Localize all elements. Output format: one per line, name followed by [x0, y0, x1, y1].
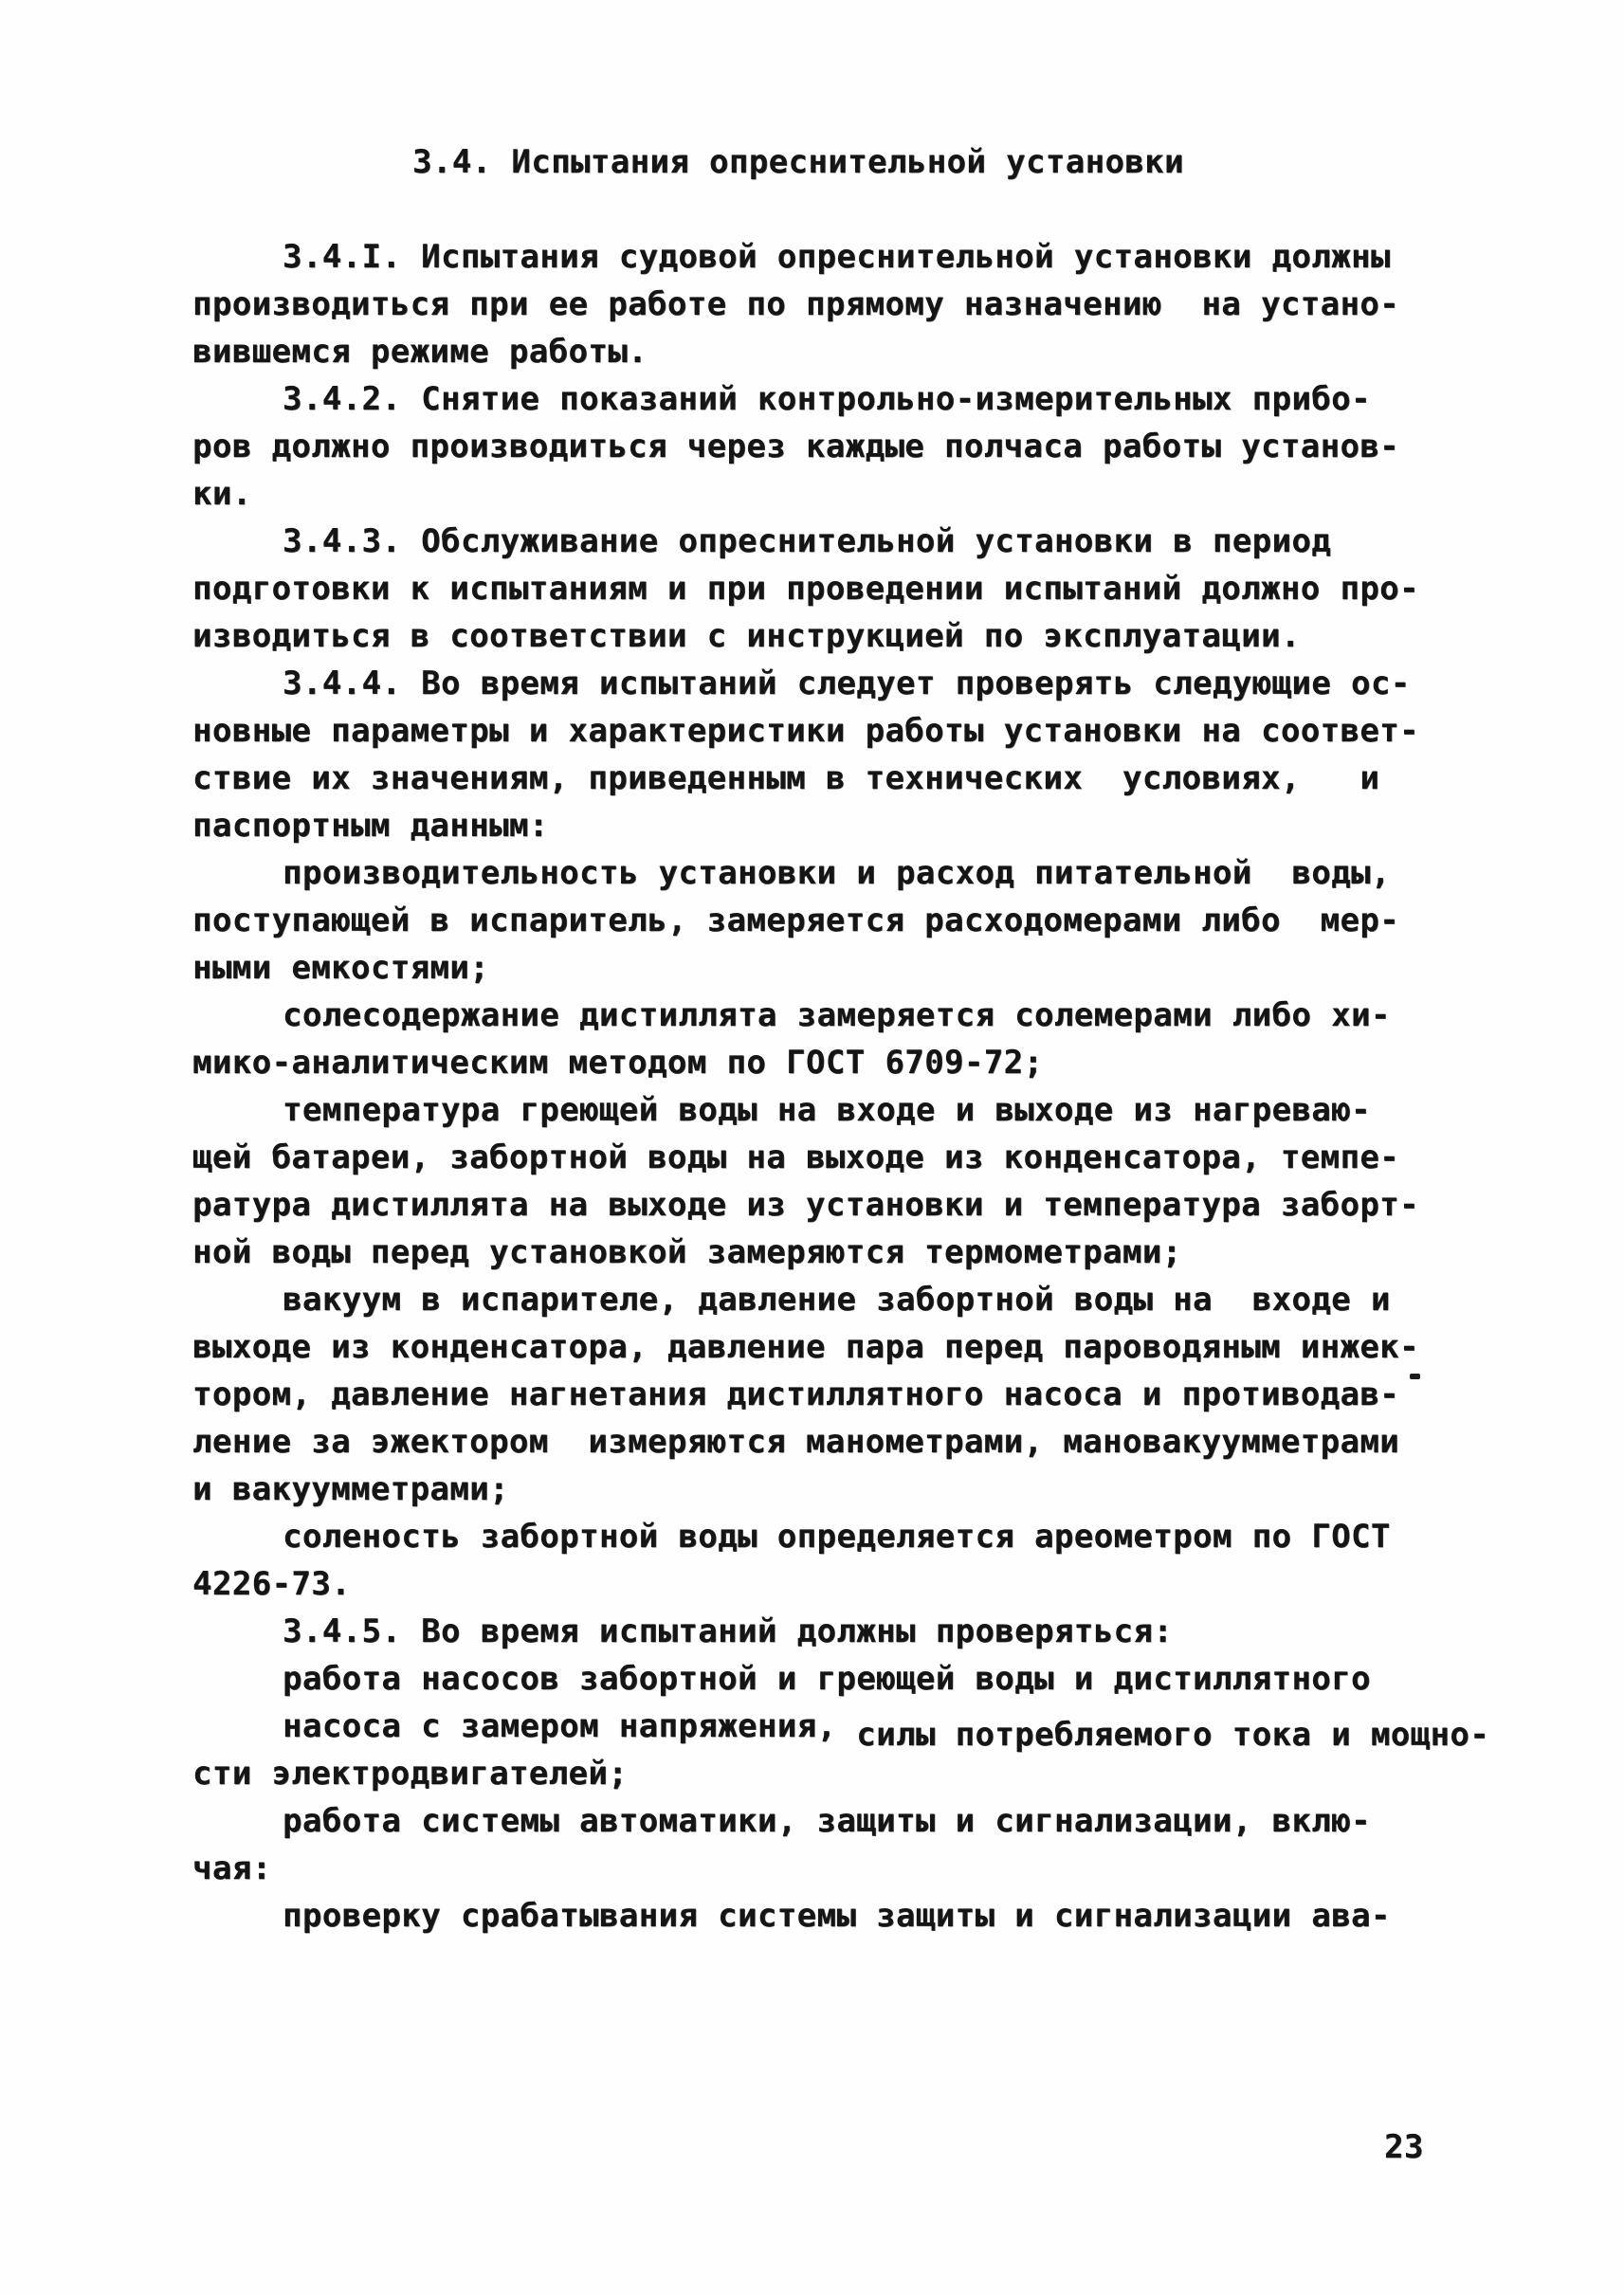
scanned-document-page: 3.4. Испытания опреснительной установки …: [0, 0, 1624, 2295]
section-title: 3.4. Испытания опреснительной установки: [412, 138, 1184, 186]
document-line: тором, давление нагнетания дистиллятного…: [192, 1371, 1520, 1418]
document-line: 3.4.4. Во время испытаний следует провер…: [192, 660, 1520, 707]
document-line: солесодержание дистиллята замеряется сол…: [192, 992, 1520, 1039]
document-line: ными емкостями;: [192, 944, 1520, 992]
document-line: 3.4.I. Испытания судовой опреснительной …: [192, 233, 1520, 281]
document-line: подготовки к испытаниям и при проведении…: [192, 565, 1520, 612]
document-line: щей батареи, забортной воды на выходе из…: [192, 1134, 1520, 1181]
document-line: ствие их значениям, приведенным в технич…: [192, 755, 1520, 802]
document-line: и вакуумметрами;: [192, 1466, 1520, 1513]
document-line: производительность установки и расход пи…: [192, 849, 1520, 897]
document-line: насоса с замером напряжения, силы потреб…: [192, 1703, 1520, 1750]
document-line: производиться при ее работе по прямому н…: [192, 281, 1520, 328]
document-line: новные параметры и характеристики работы…: [192, 707, 1520, 755]
document-line: ки.: [192, 470, 1520, 518]
document-line: чая:: [192, 1845, 1520, 1892]
document-line: соленость забортной воды определяется ар…: [192, 1513, 1520, 1560]
document-line: ление за эжектором измеряются манометрам…: [192, 1418, 1520, 1466]
scan-speck: [1410, 1374, 1420, 1379]
document-line: 3.4.5. Во время испытаний должны проверя…: [192, 1608, 1520, 1655]
document-line: паспортным данным:: [192, 802, 1520, 849]
document-line: мико-аналитическим методом по ГОСТ 6709-…: [192, 1039, 1520, 1086]
document-line: 3.4.2. Снятие показаний контрольно-измер…: [192, 375, 1520, 423]
document-line: ной воды перед установкой замеряются тер…: [192, 1229, 1520, 1276]
document-line: 3.4.3. Обслуживание опреснительной устан…: [192, 518, 1520, 565]
document-line: ров должно производиться через каждые по…: [192, 423, 1520, 470]
page-number: 23: [1384, 2123, 1424, 2171]
document-line: работа системы автоматики, защиты и сигн…: [192, 1797, 1520, 1845]
document-line: проверку срабатывания системы защиты и с…: [192, 1892, 1520, 1940]
document-line: вившемся режиме работы.: [192, 328, 1520, 375]
document-line: 4226-73.: [192, 1560, 1520, 1608]
line-segment-offset: силы потребляемого тока и мощно-: [836, 1711, 1489, 1758]
line-segment: насоса с замером напряжения,: [283, 1707, 836, 1745]
document-line: изводиться в соответствии с инструкцией …: [192, 612, 1520, 660]
document-line: поступающей в испаритель, замеряется рас…: [192, 897, 1520, 944]
document-line: работа насосов забортной и греющей воды …: [192, 1655, 1520, 1703]
document-line: ратура дистиллята на выходе из установки…: [192, 1181, 1520, 1229]
document-line: температура греющей воды на входе и выхо…: [192, 1086, 1520, 1134]
document-body: 3.4.I. Испытания судовой опреснительной …: [192, 233, 1520, 1940]
document-line: выходе из конденсатора, давление пара пе…: [192, 1323, 1520, 1371]
document-line: вакуум в испарителе, давление забортной …: [192, 1276, 1520, 1323]
